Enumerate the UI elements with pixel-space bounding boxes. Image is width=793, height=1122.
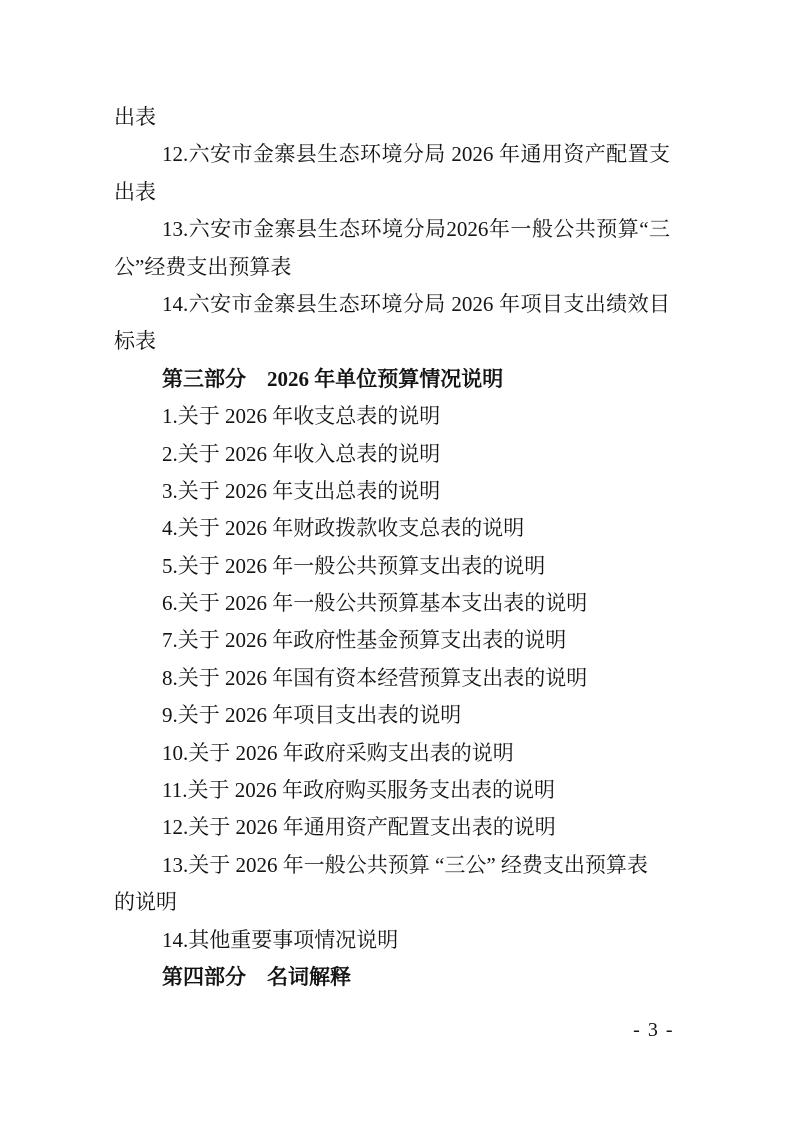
toc-item: 10.关于 2026 年政府采购支出表的说明 <box>114 735 670 772</box>
toc-item: 6.关于 2026 年一般公共预算基本支出表的说明 <box>114 585 670 622</box>
document-page: 出表 12.六安市金寨县生态环境分局 2026 年通用资产配置支 出表 13.六… <box>0 0 793 1122</box>
toc-item: 5.关于 2026 年一般公共预算支出表的说明 <box>114 548 670 585</box>
toc-item: 7.关于 2026 年政府性基金预算支出表的说明 <box>114 622 670 659</box>
toc-item-continuation: 的说明 <box>114 884 670 921</box>
toc-item: 1.关于 2026 年收支总表的说明 <box>114 398 670 435</box>
page-number: - 3 - <box>633 1018 674 1042</box>
toc-item: 2.关于 2026 年收入总表的说明 <box>114 436 670 473</box>
toc-item: 13.六安市金寨县生态环境分局2026年一般公共预算“三 <box>114 211 670 248</box>
toc-item-continuation: 出表 <box>114 174 670 211</box>
toc-item: 12.六安市金寨县生态环境分局 2026 年通用资产配置支 <box>114 136 670 173</box>
section-heading: 第三部分 2026 年单位预算情况说明 <box>114 361 670 398</box>
toc-item: 14.六安市金寨县生态环境分局 2026 年项目支出绩效目 <box>114 286 670 323</box>
toc-item: 9.关于 2026 年项目支出表的说明 <box>114 697 670 734</box>
toc-item: 13.关于 2026 年一般公共预算 “三公” 经费支出预算表 <box>114 847 670 884</box>
toc-item: 3.关于 2026 年支出总表的说明 <box>114 473 670 510</box>
section-heading: 第四部分 名词解释 <box>114 959 670 996</box>
toc-item: 4.关于 2026 年财政拨款收支总表的说明 <box>114 510 670 547</box>
toc-item: 12.关于 2026 年通用资产配置支出表的说明 <box>114 809 670 846</box>
table-of-contents: 出表 12.六安市金寨县生态环境分局 2026 年通用资产配置支 出表 13.六… <box>114 99 670 996</box>
toc-item-continuation: 出表 <box>114 99 670 136</box>
toc-item: 14.其他重要事项情况说明 <box>114 922 670 959</box>
toc-item: 8.关于 2026 年国有资本经营预算支出表的说明 <box>114 660 670 697</box>
toc-item-continuation: 标表 <box>114 323 670 360</box>
toc-item: 11.关于 2026 年政府购买服务支出表的说明 <box>114 772 670 809</box>
toc-item-continuation: 公”经费支出预算表 <box>114 249 670 286</box>
